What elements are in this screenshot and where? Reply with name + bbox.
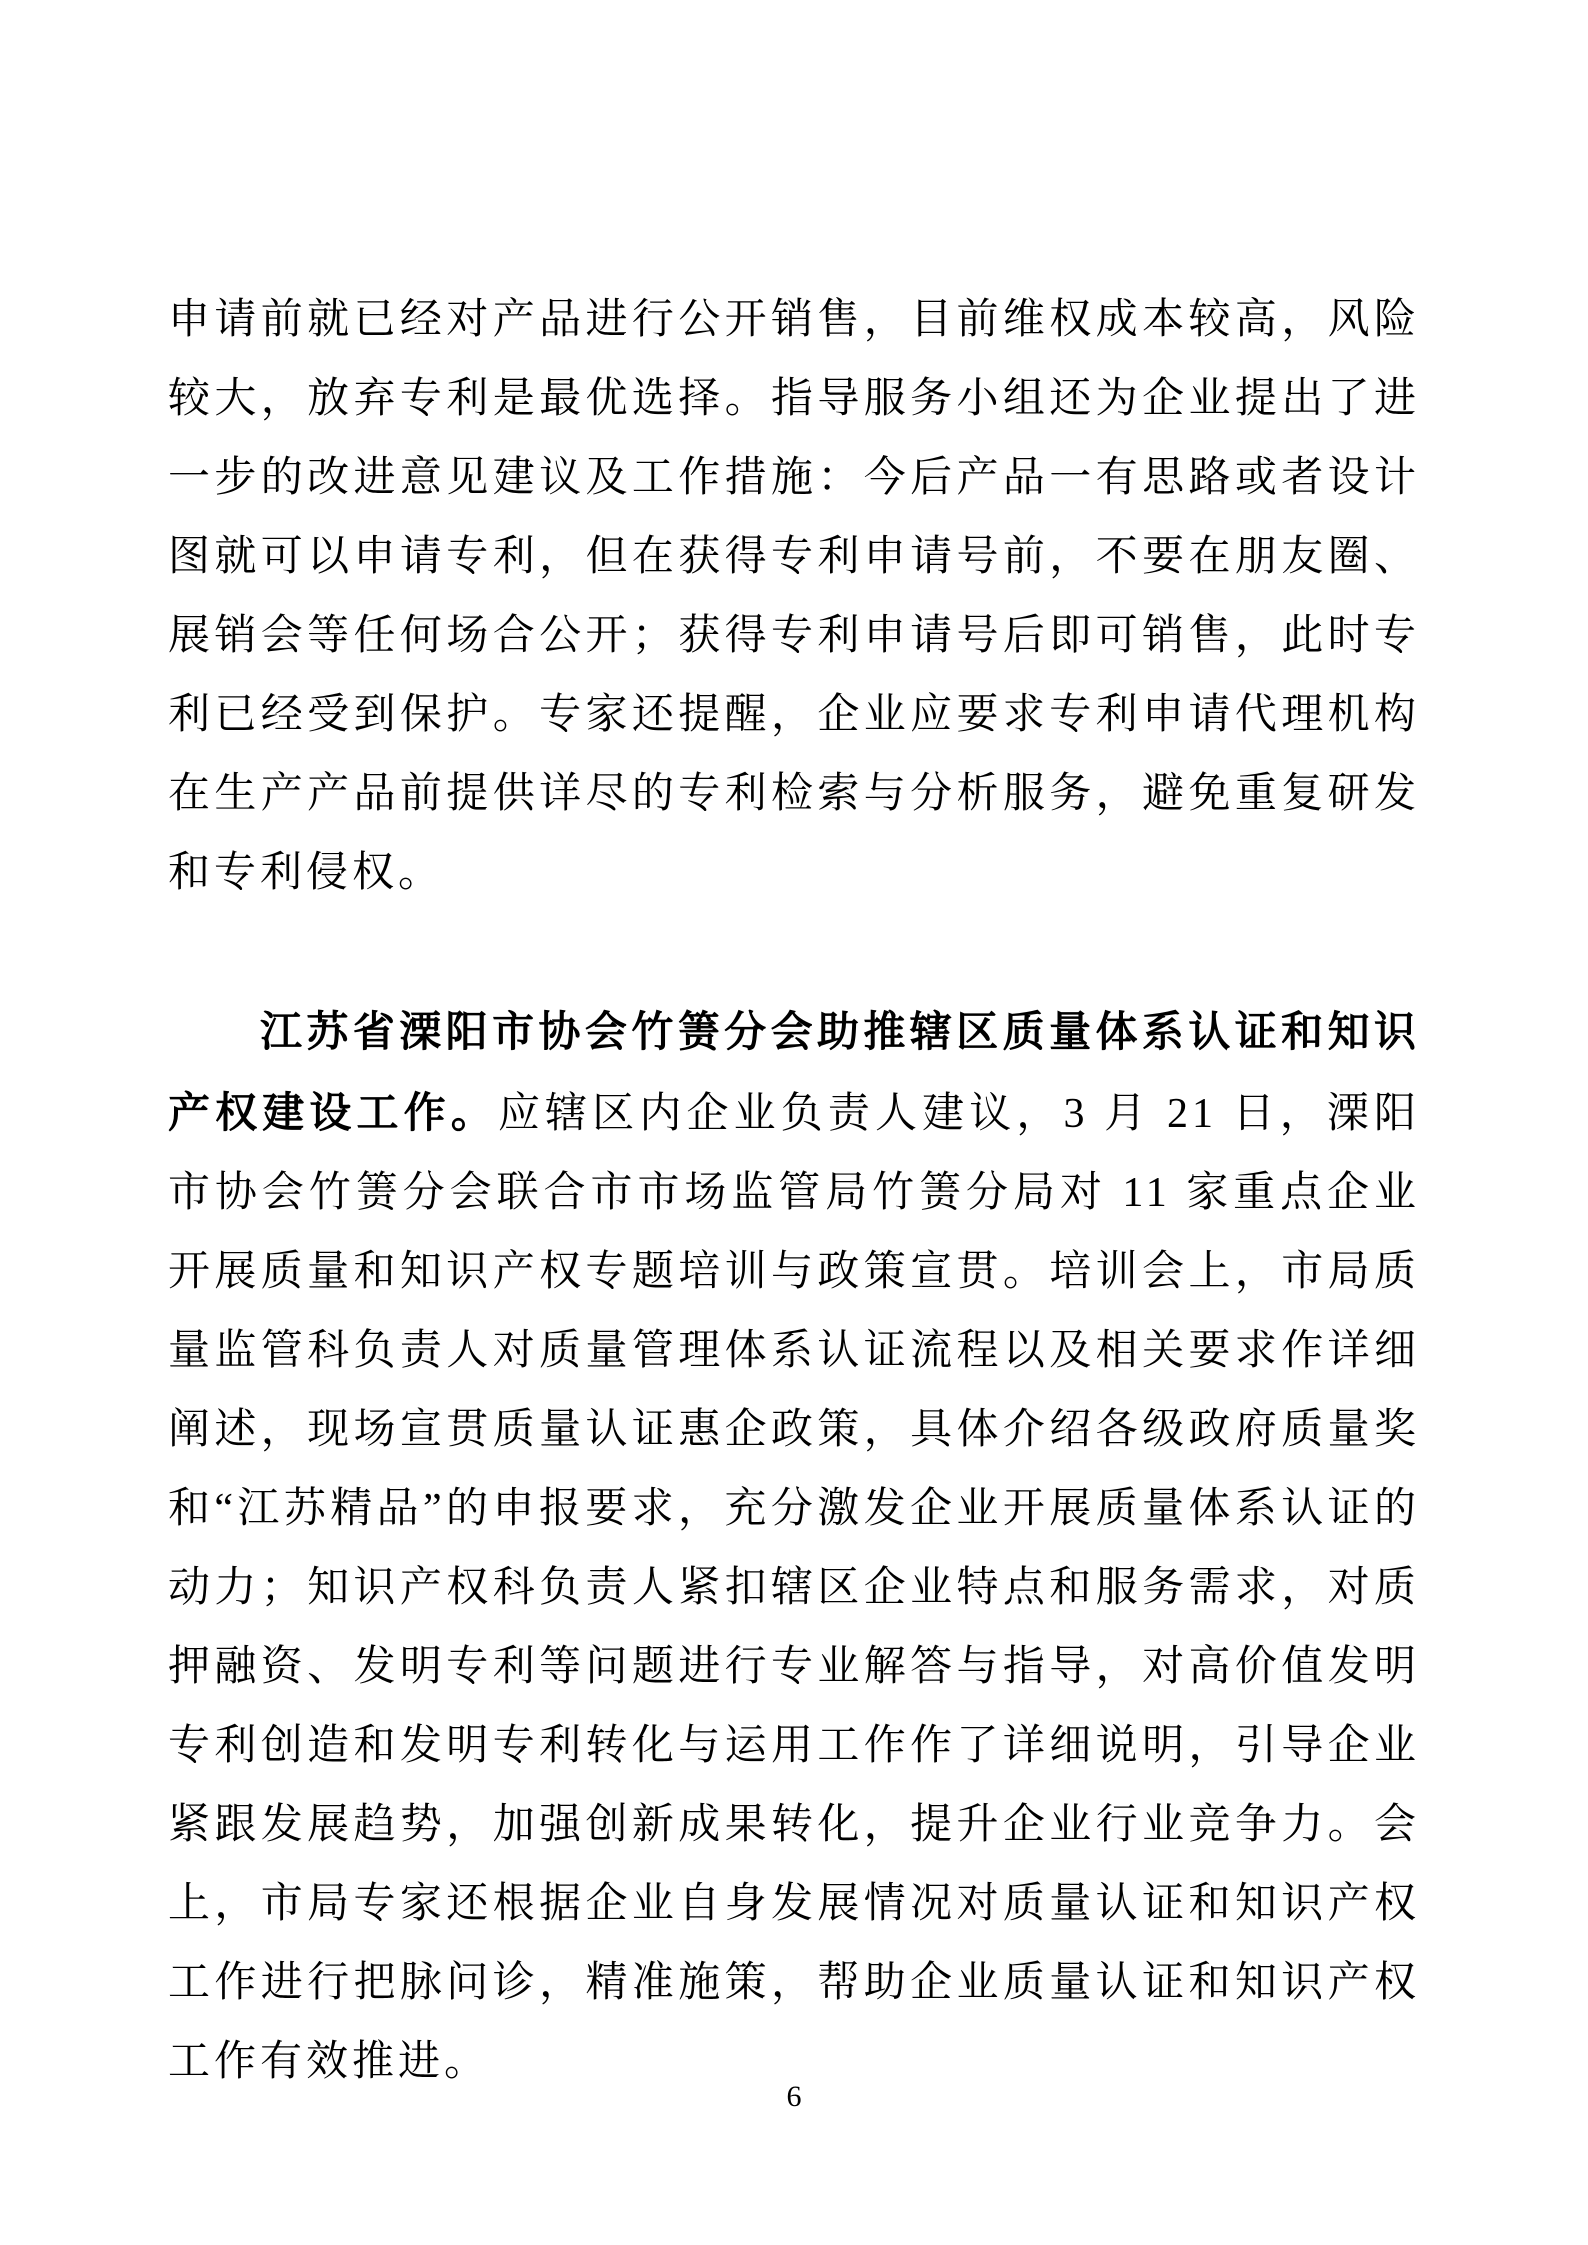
paragraph-liyang-association: 江苏省溧阳市协会竹箦分会助推辖区质量体系认证和知识产权建设工作。应辖区内企业负责… bbox=[168, 992, 1420, 2102]
paragraph-patent-guidance: 申请前就已经对产品进行公开销售，目前维权成本较高，风险较大，放弃专利是最优选择。… bbox=[168, 281, 1420, 913]
page-footer: 6 bbox=[0, 2080, 1588, 2114]
paragraph-body-text: 应辖区内企业负责人建议，3 月 21 日，溧阳市协会竹箦分会联合市市场监管局竹箦… bbox=[168, 1091, 1420, 2085]
page-number: 6 bbox=[787, 2080, 802, 2113]
paragraph-text: 申请前就已经对产品进行公开销售，目前维权成本较高，风险较大，放弃专利是最优选择。… bbox=[168, 297, 1420, 896]
document-page: 申请前就已经对产品进行公开销售，目前维权成本较高，风险较大，放弃专利是最优选择。… bbox=[0, 0, 1588, 2245]
page-body-text: 申请前就已经对产品进行公开销售，目前维权成本较高，风险较大，放弃专利是最优选择。… bbox=[168, 281, 1420, 2102]
